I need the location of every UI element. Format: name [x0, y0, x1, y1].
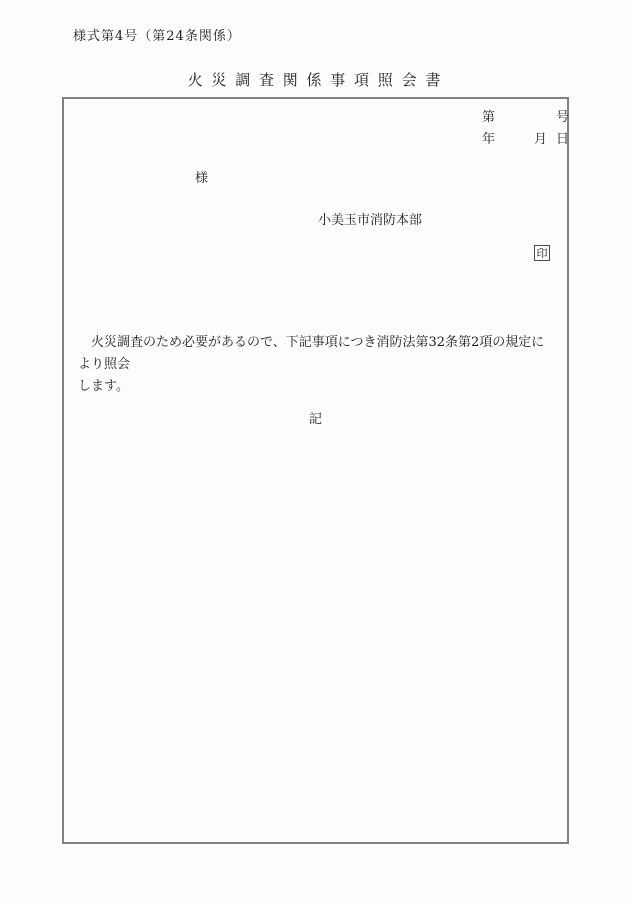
document-page: { "page": { "form_label": "様式第4号（第24条関係）…: [0, 0, 630, 903]
seal-placeholder-icon: 印: [534, 245, 550, 261]
doc-number-suffix: 号: [556, 106, 569, 125]
addressee-honorific: 様: [195, 167, 208, 186]
doc-number-prefix: 第: [482, 106, 495, 125]
body-line-2: します。: [78, 376, 555, 398]
date-year-label: 年: [482, 128, 495, 147]
form-number-label: 様式第4号（第24条関係）: [73, 25, 241, 44]
date-month-label: 月: [534, 128, 547, 147]
page-title: 火 災 調 査 関 係 事 項 照 会 書: [0, 69, 630, 90]
sender-name: 小美玉市消防本部: [318, 209, 422, 228]
ki-section-heading: 記: [64, 408, 567, 427]
date-day-label: 日: [556, 128, 569, 147]
body-paragraph: 火災調査のため必要があるので、下記事項につき消防法第32条第2項の規定により照会…: [78, 332, 555, 398]
document-frame: 第 号 年 月 日 様 小美玉市消防本部 印 火災調査のため必要があるので、下記…: [62, 97, 569, 844]
body-line-1: 火災調査のため必要があるので、下記事項につき消防法第32条第2項の規定により照会: [78, 332, 555, 376]
